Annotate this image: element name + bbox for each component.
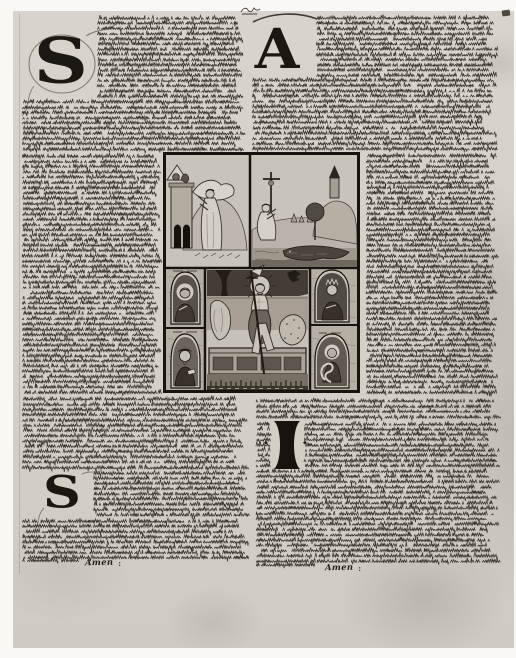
initial-i-shape — [272, 420, 302, 470]
diamond-mark-left: ◆ — [264, 441, 268, 446]
text-left-top-beside-initial — [97, 16, 243, 100]
amen-word-right: Amen — [325, 563, 354, 573]
text-right-top-beside-initial — [316, 16, 497, 78]
initial-letter-s-top: S — [34, 30, 88, 93]
medallion-prophet-lower-left — [171, 332, 200, 388]
text-right-top-full — [252, 78, 497, 152]
left-column-explicit-line: Amen : — [22, 558, 121, 568]
drop-cap-a: A — [253, 18, 313, 76]
initial-letter-a: A — [255, 22, 300, 77]
miniature-block — [163, 152, 360, 393]
closing-scribble-left — [22, 558, 80, 568]
manuscript-photograph-page: Amen : Amen : S A S ◆ ◆ — [0, 0, 516, 658]
panel-resurrection — [207, 265, 308, 391]
medallion-prophet-upper-right — [315, 270, 349, 322]
text-right-beside-miniature — [366, 154, 497, 397]
closing-mark-right: : — [358, 564, 361, 573]
drop-cap-s-top: S — [28, 24, 96, 100]
closing-mark-left: : — [118, 559, 121, 568]
text-left-bottom-full — [22, 397, 248, 470]
corner-mark — [502, 9, 511, 16]
medallion-prophet-lower-right — [315, 333, 349, 388]
text-right-bottom-full — [256, 399, 499, 420]
margin-ruling-line — [19, 14, 20, 574]
text-left-bottom-last — [22, 519, 248, 560]
text-left-top-full — [22, 100, 244, 152]
medallion-strip-right — [310, 270, 358, 391]
drop-cap-s-mid: S — [40, 468, 90, 518]
folio-mark — [238, 1, 264, 12]
drop-cap-i: ◆ ◆ — [272, 420, 302, 470]
text-left-beside-initial-s2 — [93, 471, 248, 518]
text-right-bottom-last — [256, 469, 499, 563]
right-column-explicit-line: Amen : — [256, 563, 361, 573]
text-right-beside-initial-i — [304, 422, 499, 468]
initial-letter-s-mid: S — [43, 471, 81, 515]
medallion-strip-left — [165, 270, 205, 391]
medallion-prophet-upper-left — [171, 271, 200, 324]
amen-word-left: Amen — [85, 558, 114, 568]
text-left-beside-miniature — [22, 154, 161, 394]
diamond-mark-right: ◆ — [303, 441, 307, 446]
closing-scribble-right — [256, 563, 320, 573]
